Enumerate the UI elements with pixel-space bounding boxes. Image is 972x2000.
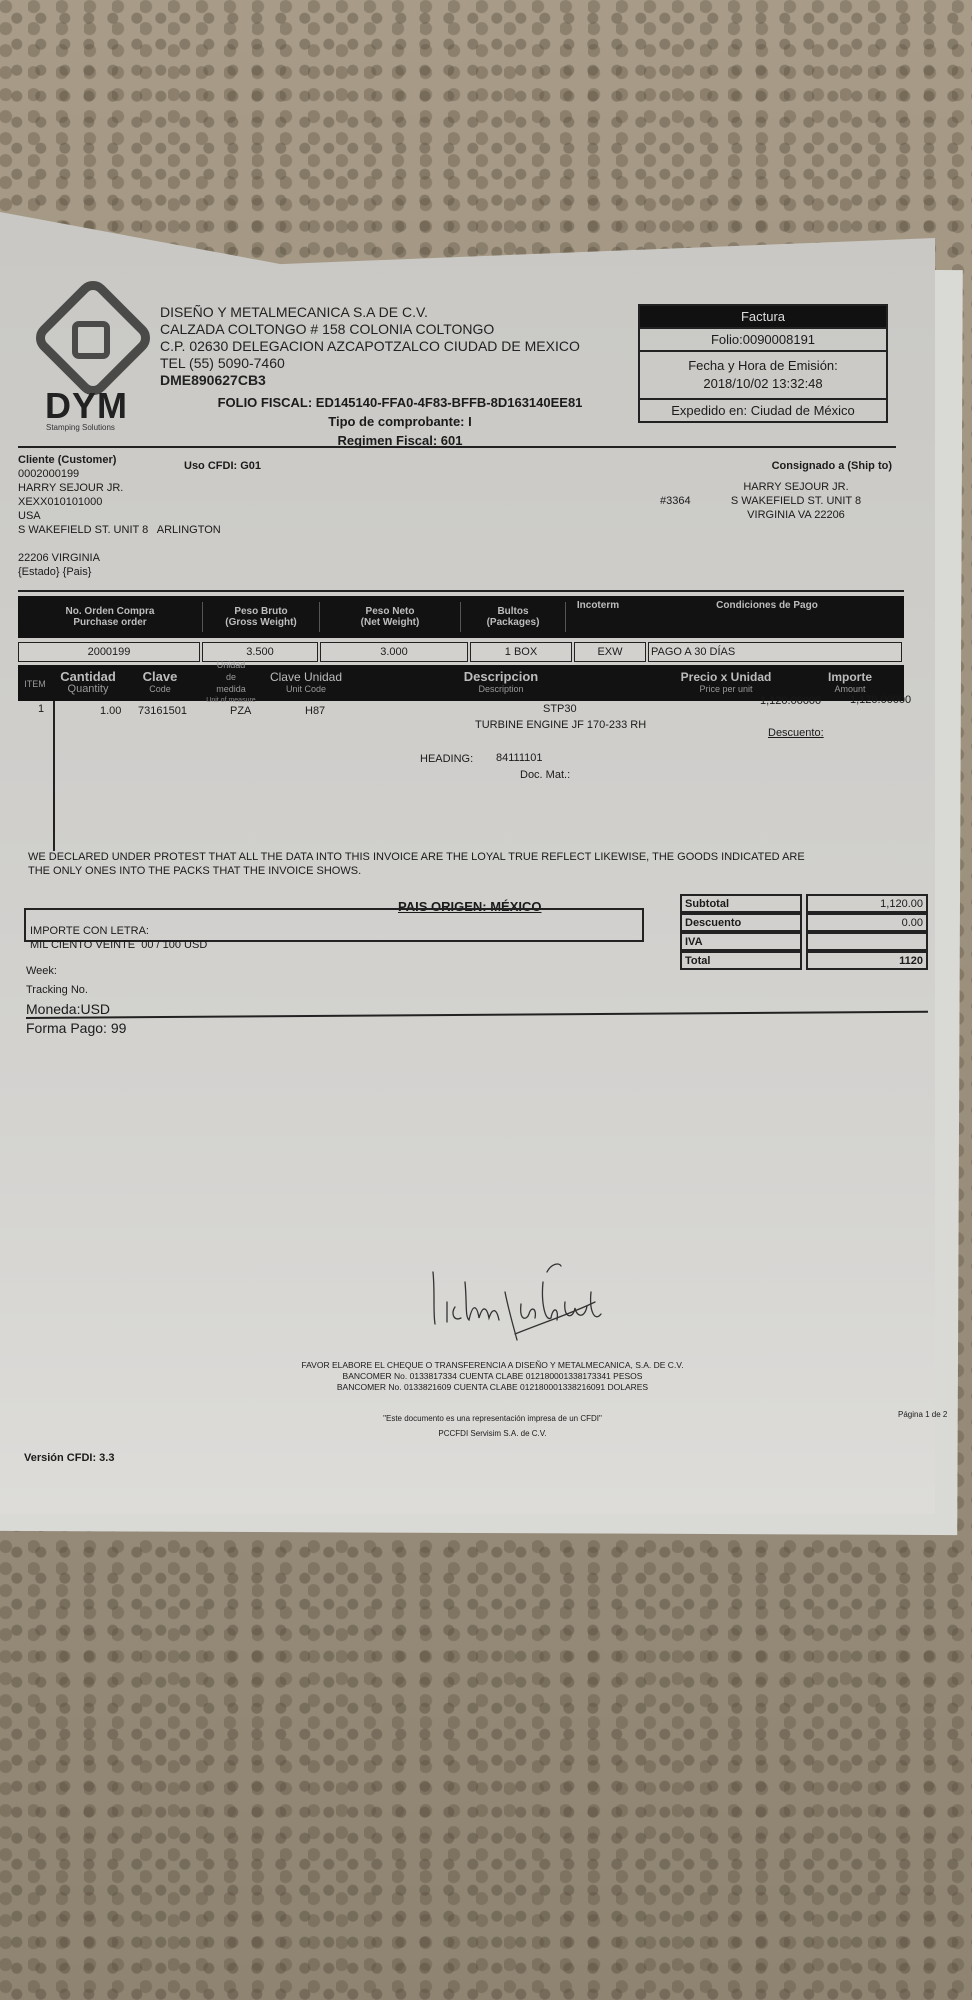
ship-to-address: #3364 HARRY SEJOUR JR. S WAKEFIELD ST. U… <box>640 480 892 522</box>
importe-con-letra-box: IMPORTE CON LETRA: MIL CIENTO VEINTE 00 … <box>24 908 644 942</box>
row-description-detail: TURBINE ENGINE JF 170-233 RH <box>475 719 646 731</box>
customer-divider <box>18 590 904 592</box>
header-divider <box>18 446 896 448</box>
header-payment-terms: Condiciones de Pago <box>630 596 904 615</box>
value-payment-terms: PAGO A 30 DÍAS <box>648 642 902 662</box>
issuer-address-1: CALZADA COLTONGO # 158 COLONIA COLTONGO <box>160 321 580 338</box>
ship-to-number: #3364 <box>660 494 691 508</box>
customer-country: USA <box>18 509 221 523</box>
ship-to-city: VIRGINIA VA 22206 <box>700 508 892 522</box>
payment-instructions: FAVOR ELABORE EL CHEQUE O TRANSFERENCIA … <box>295 1360 690 1393</box>
ship-to-block: Consignado a (Ship to) #3364 HARRY SEJOU… <box>640 460 892 522</box>
row-discount-label: Descuento: <box>768 727 824 739</box>
totals-row-total: Total1120 <box>680 951 928 970</box>
row-item: 1 <box>38 703 44 715</box>
header-unit-price: Precio x Unidad Price per unit <box>656 671 796 695</box>
row-heading-value: 84111101 <box>496 752 543 764</box>
footer-line-3: BANCOMER No. 0133821609 CUENTA CLABE 012… <box>295 1382 690 1393</box>
customer-street: S WAKEFIELD ST. UNIT 8 ARLINGTON <box>18 523 221 537</box>
fecha-label: Fecha y Hora de Emisión: <box>640 357 886 375</box>
customer-tax-id: XEXX010101000 <box>18 495 221 509</box>
customer-zip-state: 22206 VIRGINIA <box>18 551 221 565</box>
row-doc-mat: Doc. Mat.: <box>520 769 570 781</box>
company-logo: DYM Stamping Solutions <box>30 285 142 435</box>
value-packages: 1 BOX <box>470 642 572 662</box>
fiscal-info: FOLIO FISCAL: ED145140-FFA0-4F83-BFFB-8D… <box>205 393 595 450</box>
header-purchase-order: No. Orden Compra Purchase order <box>18 602 203 632</box>
totals-table: Subtotal1,120.00 Descuento0.00 IVA Total… <box>680 894 928 970</box>
week-label: Week: <box>26 962 126 981</box>
cfdi-provider: PCCFDI Servisim S.A. de C.V. <box>295 1426 690 1441</box>
factura-title: Factura <box>640 306 886 327</box>
issuer-info: DISEÑO Y METALMECANICA S.A DE C.V. CALZA… <box>160 304 580 389</box>
item-column-line <box>53 701 55 851</box>
cfdi-version: Versión CFDI: 3.3 <box>24 1452 114 1464</box>
totals-row-subtotal: Subtotal1,120.00 <box>680 894 928 913</box>
row-unit: PZA <box>230 705 251 717</box>
cfdi-note-block: "Este documento es una representación im… <box>295 1411 690 1441</box>
factura-fecha: Fecha y Hora de Emisión: 2018/10/02 13:3… <box>640 350 886 398</box>
row-unit-code: H87 <box>305 705 325 717</box>
logo-inner-square-icon <box>72 321 110 359</box>
value-net-weight: 3.000 <box>320 642 468 662</box>
tipo-comprobante: Tipo de comprobante: I <box>205 412 595 431</box>
totals-row-descuento: Descuento0.00 <box>680 913 928 932</box>
forma-pago: Forma Pago: 99 <box>26 1019 126 1038</box>
order-table-values: 2000199 3.500 3.000 1 BOX EXW PAGO A 30 … <box>18 642 904 662</box>
header-code: Clave Code <box>124 671 196 695</box>
header-amount: Importe Amount <box>796 671 904 695</box>
issuer-rfc: DME890627CB3 <box>160 372 580 389</box>
header-gross-weight: Peso Bruto (Gross Weight) <box>203 602 320 632</box>
order-table-header: No. Orden Compra Purchase order Peso Bru… <box>18 596 904 638</box>
importe-letra-value: MIL CIENTO VEINTE 00 / 100 USD <box>30 938 638 952</box>
fecha-value: 2018/10/02 13:32:48 <box>640 375 886 393</box>
issuer-name: DISEÑO Y METALMECANICA S.A DE C.V. <box>160 304 580 321</box>
row-amount: 1,120.00000 <box>850 694 911 706</box>
footer-line-2: BANCOMER No. 0133817334 CUENTA CLABE 012… <box>295 1371 690 1382</box>
ship-to-name: HARRY SEJOUR JR. <box>700 480 892 494</box>
header-net-weight: Peso Neto (Net Weight) <box>320 602 461 632</box>
customer-name: HARRY SEJOUR JR. <box>18 481 221 495</box>
folio-fiscal: FOLIO FISCAL: ED145140-FFA0-4F83-BFFB-8D… <box>205 393 595 412</box>
header-unit-code: Clave Unidad Unit Code <box>266 671 346 695</box>
cfdi-note: "Este documento es una representación im… <box>295 1411 690 1426</box>
logo-text: DYM <box>45 385 128 427</box>
factura-expedido: Expedido en: Ciudad de México <box>640 398 886 421</box>
row-code: 73161501 <box>138 705 187 717</box>
importe-letra-label: IMPORTE CON LETRA: <box>30 924 638 938</box>
row-heading-label: HEADING: <box>420 753 473 765</box>
footer-line-1: FAVOR ELABORE EL CHEQUE O TRANSFERENCIA … <box>295 1360 690 1371</box>
row-unit-price: 1,120.00000 <box>760 695 821 707</box>
ship-to-label: Consignado a (Ship to) <box>640 460 892 472</box>
header-packages: Bultos (Packages) <box>461 602 566 632</box>
header-incoterm: Incoterm <box>566 596 630 615</box>
tracking-label: Tracking No. <box>26 981 126 1000</box>
header-description: Descripcion Description <box>346 671 656 695</box>
declaration-text: WE DECLARED UNDER PROTEST THAT ALL THE D… <box>28 850 818 878</box>
issuer-address-2: C.P. 02630 DELEGACION AZCAPOTZALCO CIUDA… <box>160 338 580 355</box>
value-purchase-order: 2000199 <box>18 642 200 662</box>
ship-to-street: S WAKEFIELD ST. UNIT 8 <box>700 494 892 508</box>
header-quantity: Cantidad Quantity <box>52 671 124 695</box>
row-quantity: 1.00 <box>100 705 121 717</box>
header-unit-measure: Unidad de medida Unit of measure <box>196 659 266 707</box>
signature-icon <box>425 1262 635 1342</box>
totals-row-iva: IVA <box>680 932 928 951</box>
customer-placeholders: {Estado} {Pais} <box>18 565 221 579</box>
issuer-phone: TEL (55) 5090-7460 <box>160 355 580 372</box>
uso-cfdi: Uso CFDI: G01 <box>184 460 261 472</box>
row-description: STP30 <box>543 703 577 715</box>
factura-box: Factura Folio:0090008191 Fecha y Hora de… <box>638 304 888 423</box>
value-incoterm: EXW <box>574 642 646 662</box>
page-number: Página 1 de 2 <box>898 1410 947 1419</box>
factura-folio: Folio:0090008191 <box>640 327 886 350</box>
logo-tagline: Stamping Solutions <box>46 423 115 432</box>
order-items-tables: No. Orden Compra Purchase order Peso Bru… <box>18 596 904 851</box>
misc-info: Week: Tracking No. Moneda:USD Forma Pago… <box>26 962 126 1038</box>
header-item: ITEM <box>18 677 52 690</box>
table-row: 1 1.00 73161501 PZA H87 STP30 TURBINE EN… <box>18 701 904 851</box>
